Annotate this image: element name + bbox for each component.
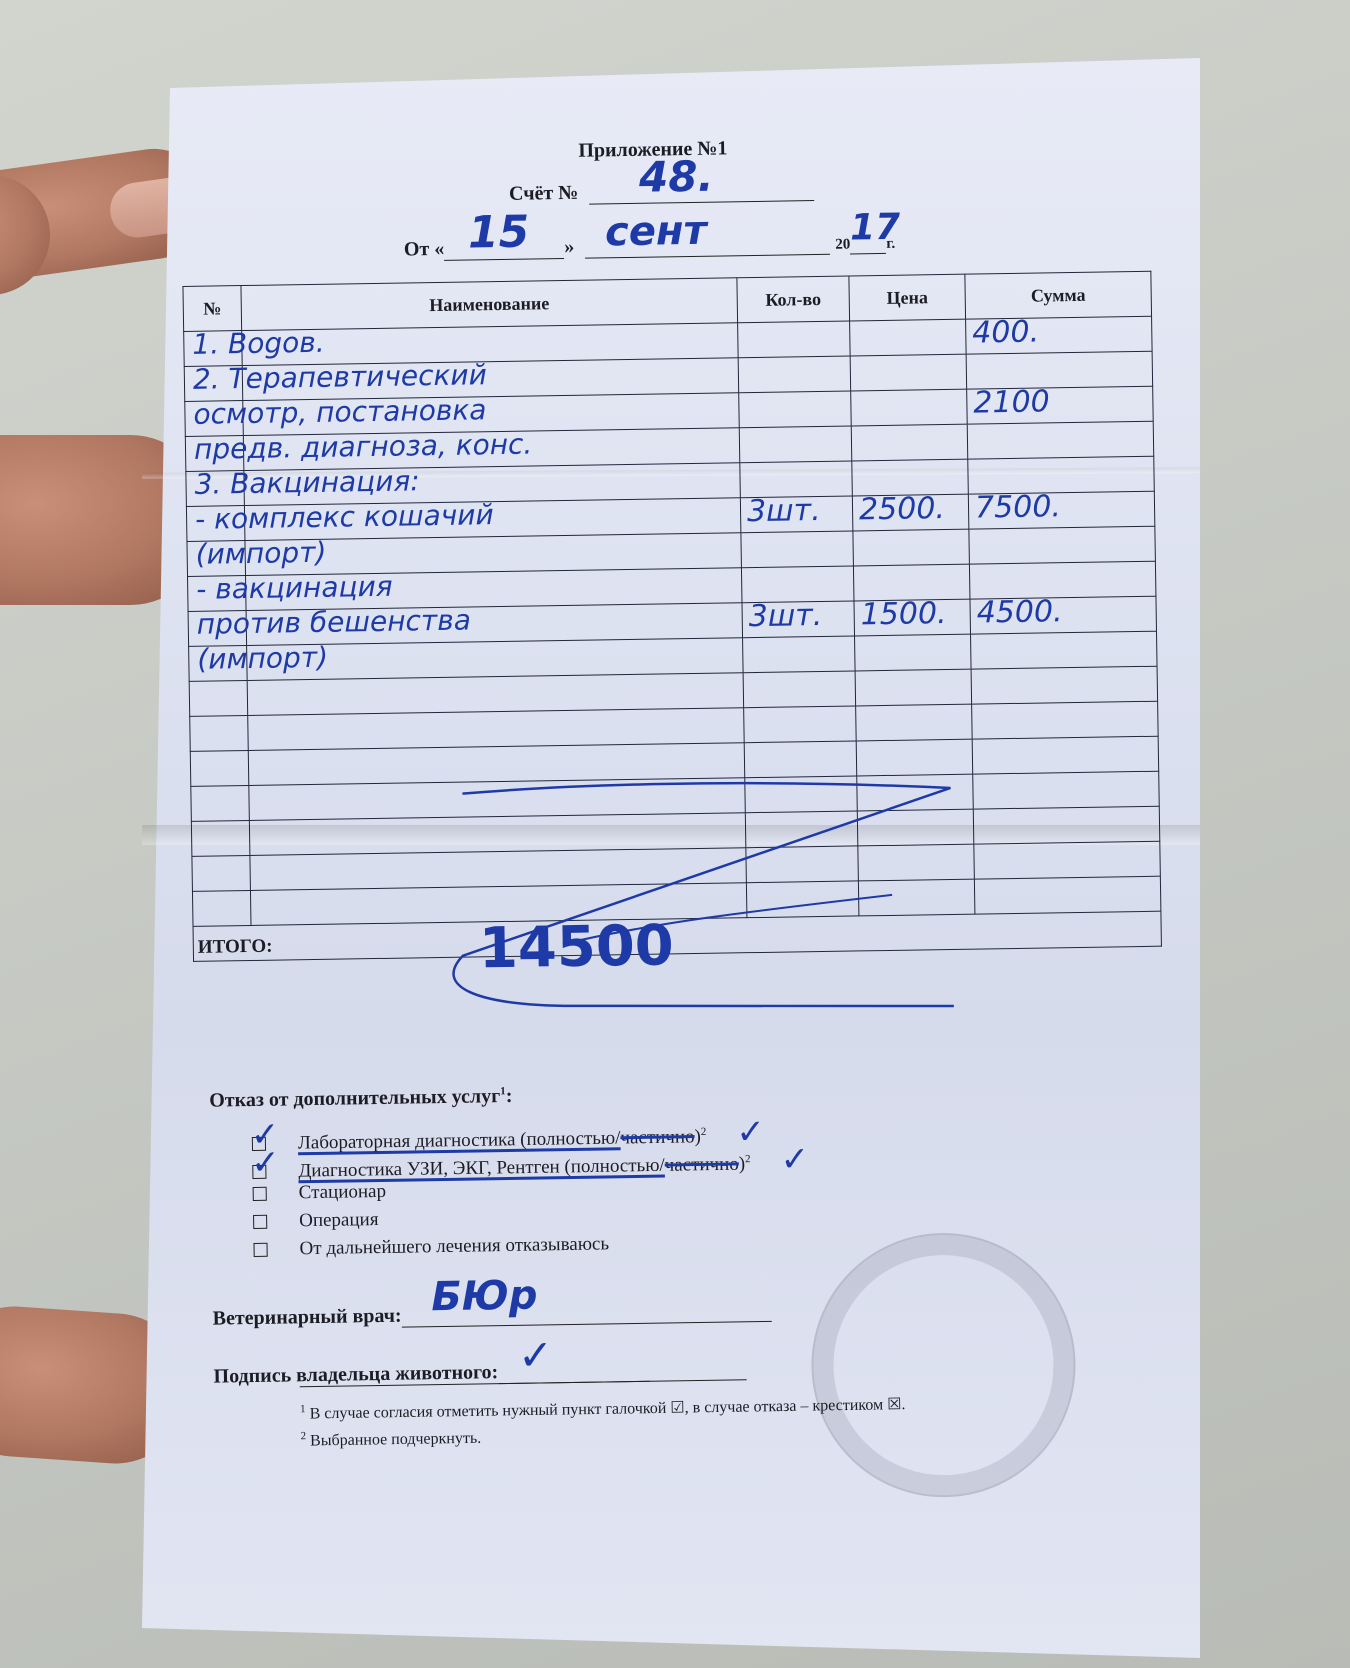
footnote-number: 2 (300, 1431, 306, 1443)
invoice-number-line: Счёт № 48. (509, 178, 815, 206)
header-price: Цена (849, 274, 966, 321)
refusal-option: От дальнейшего лечения отказываюсь (253, 1233, 609, 1261)
header-number: № (183, 286, 242, 332)
option-label: Диагностика УЗИ, ЭКГ, Рентген (полностью… (298, 1153, 751, 1182)
option-text: От дальнейшего лечения отказываюсь (299, 1233, 609, 1259)
sum-cell: 7500. (968, 491, 1155, 529)
sum-text: 7500. (975, 489, 1061, 525)
name-text: 3. Вакцинация: (194, 464, 420, 501)
price-cell (850, 319, 967, 356)
qty-cell (738, 321, 851, 358)
price-cell (850, 354, 967, 391)
checkbox[interactable] (253, 1243, 267, 1257)
sum-cell (971, 666, 1158, 704)
price-cell (853, 564, 970, 601)
qty-cell (745, 776, 858, 813)
date-day-field[interactable]: 15 (444, 236, 564, 261)
sum-cell (966, 351, 1153, 389)
refusal-heading-text: Отказ от дополнительных услуг (209, 1085, 500, 1112)
name-text: (импорт) (195, 536, 326, 571)
vet-signature: БЮр (431, 1273, 538, 1321)
refusal-option: Операция (253, 1209, 379, 1233)
price-cell (856, 704, 973, 741)
price-text: 1500. (860, 596, 946, 632)
sum-cell (972, 736, 1159, 774)
name-text: 2. Терапевтический (193, 358, 487, 396)
checkbox[interactable]: ✓ (252, 1165, 266, 1179)
qty-cell (744, 706, 857, 743)
invoice-table: № Наименование Кол-во Цена Сумма 1. Bоgо… (182, 271, 1161, 962)
sum-cell: 4500. (970, 596, 1157, 634)
name-text: - комплекс кошачий (195, 498, 494, 536)
price-cell (857, 774, 974, 811)
option-label: Операция (299, 1209, 379, 1232)
sum-cell (972, 701, 1159, 739)
header-sum: Сумма (965, 271, 1152, 319)
total-label: ИТОГО: (198, 936, 273, 959)
footnote-ref: 1 (500, 1085, 506, 1097)
footnote-text: Выбранное подчеркнуть. (310, 1430, 481, 1450)
name-text: (импорт) (197, 641, 328, 676)
sum-cell (973, 771, 1160, 809)
qty-cell (739, 391, 852, 428)
total-value: 14500 (478, 913, 674, 981)
sum-cell (969, 561, 1156, 599)
footnote-ref: 2 (745, 1153, 751, 1165)
option-text: Стационар (299, 1181, 387, 1203)
sum-cell (967, 421, 1154, 459)
invoice-number-field[interactable]: 48. (589, 178, 814, 205)
number-cell (190, 716, 249, 752)
sum-text: 4500. (976, 594, 1062, 630)
sum-cell: 2100 (967, 386, 1154, 424)
date-month-field[interactable]: сент (585, 232, 830, 259)
date-quote-close: » (564, 236, 574, 258)
price-cell (855, 669, 972, 706)
price-cell (856, 739, 973, 776)
name-text: - вакцинация (196, 570, 393, 606)
owner-signature: ✓ (518, 1330, 554, 1380)
price-cell (853, 529, 970, 566)
qty-cell (744, 741, 857, 778)
number-cell (192, 890, 251, 926)
year-value: 17 (850, 207, 901, 249)
date-prefix: От « (404, 238, 445, 261)
qty-cell (738, 356, 851, 393)
qty-cell (740, 461, 853, 498)
sum-cell (968, 456, 1155, 494)
number-cell (191, 820, 250, 856)
qty-cell: 3шт. (740, 496, 853, 533)
sum-cell (974, 841, 1161, 879)
refusal-heading: Отказ от дополнительных услуг1: (209, 1085, 513, 1113)
option-text: Диагностика УЗИ, ЭКГ, Рентген (полностью… (298, 1155, 665, 1182)
price-cell (858, 844, 975, 881)
date-line: От «15» сент 2017г. (404, 231, 896, 262)
vet-label: Ветеринарный врач: (213, 1305, 402, 1330)
sum-cell: 400. (966, 316, 1153, 354)
check-mark-icon: ✓ (736, 1115, 765, 1149)
vet-signature-field[interactable]: БЮр (401, 1299, 771, 1328)
price-cell (852, 459, 969, 496)
sum-cell (971, 631, 1158, 669)
header-qty: Кол-во (737, 276, 850, 323)
price-cell: 1500. (854, 599, 971, 636)
struck-option-text: частично (620, 1126, 694, 1148)
qty-cell (746, 846, 859, 883)
price-cell (858, 879, 975, 916)
number-cell (189, 681, 248, 717)
year-prefix: 20 (835, 236, 850, 252)
qty-text: 3шт. (747, 493, 821, 529)
vet-signature-line: Ветеринарный врач:БЮр (213, 1299, 772, 1331)
invoice-document: Приложение №1 Счёт № 48. От «15» сент 20… (180, 115, 1171, 1470)
date-month: сент (605, 208, 707, 256)
price-cell (851, 424, 968, 461)
option-text: Операция (299, 1209, 379, 1231)
sum-cell (974, 876, 1161, 914)
sum-text: 400. (972, 315, 1039, 351)
option-label: От дальнейшего лечения отказываюсь (299, 1233, 609, 1260)
sum-text: 2100 (973, 384, 1050, 420)
option-label: Стационар (299, 1181, 387, 1204)
qty-cell (741, 531, 854, 568)
name-text: предв. диагноза, конс. (194, 428, 533, 466)
qty-cell (741, 566, 854, 603)
sum-cell (973, 806, 1160, 844)
owner-signature-field[interactable]: ✓ (498, 1357, 746, 1384)
refusal-option: Стационар (253, 1181, 387, 1205)
qty-cell (745, 811, 858, 848)
sum-cell (969, 526, 1156, 564)
footnotes: 1 В случае согласия отметить нужный пунк… (300, 1389, 906, 1453)
invoice-number: 48. (639, 152, 714, 202)
number-cell (192, 855, 251, 891)
qty-cell: 3шт. (742, 601, 855, 638)
name-text: против бешенства (197, 603, 472, 640)
qty-cell (739, 426, 852, 463)
price-cell: 2500. (852, 494, 969, 531)
qty-text: 3шт. (748, 598, 822, 634)
qty-cell (746, 881, 859, 918)
footnote-number: 1 (300, 1403, 306, 1415)
checkbox[interactable] (253, 1187, 267, 1201)
price-cell (855, 634, 972, 671)
price-cell (857, 809, 974, 846)
check-mark-icon: ✓ (780, 1142, 809, 1176)
qty-cell (743, 671, 856, 708)
footnote-ref: 2 (701, 1126, 707, 1138)
invoice-label: Счёт № (509, 182, 579, 205)
check-mark-icon: ✓ (251, 1146, 280, 1180)
checkbox[interactable] (253, 1215, 267, 1229)
year-field[interactable]: 17 (850, 231, 886, 255)
price-cell (851, 389, 968, 426)
number-cell (190, 751, 249, 787)
name-text: 1. Bоgов. (192, 326, 325, 361)
name-text: осмотр, постановка (193, 393, 486, 431)
header-name: Наименование (241, 278, 738, 331)
date-day: 15 (468, 207, 530, 259)
struck-option-text: частично (665, 1154, 739, 1176)
qty-cell (743, 636, 856, 673)
number-cell (191, 786, 250, 822)
price-text: 2500. (859, 491, 945, 527)
